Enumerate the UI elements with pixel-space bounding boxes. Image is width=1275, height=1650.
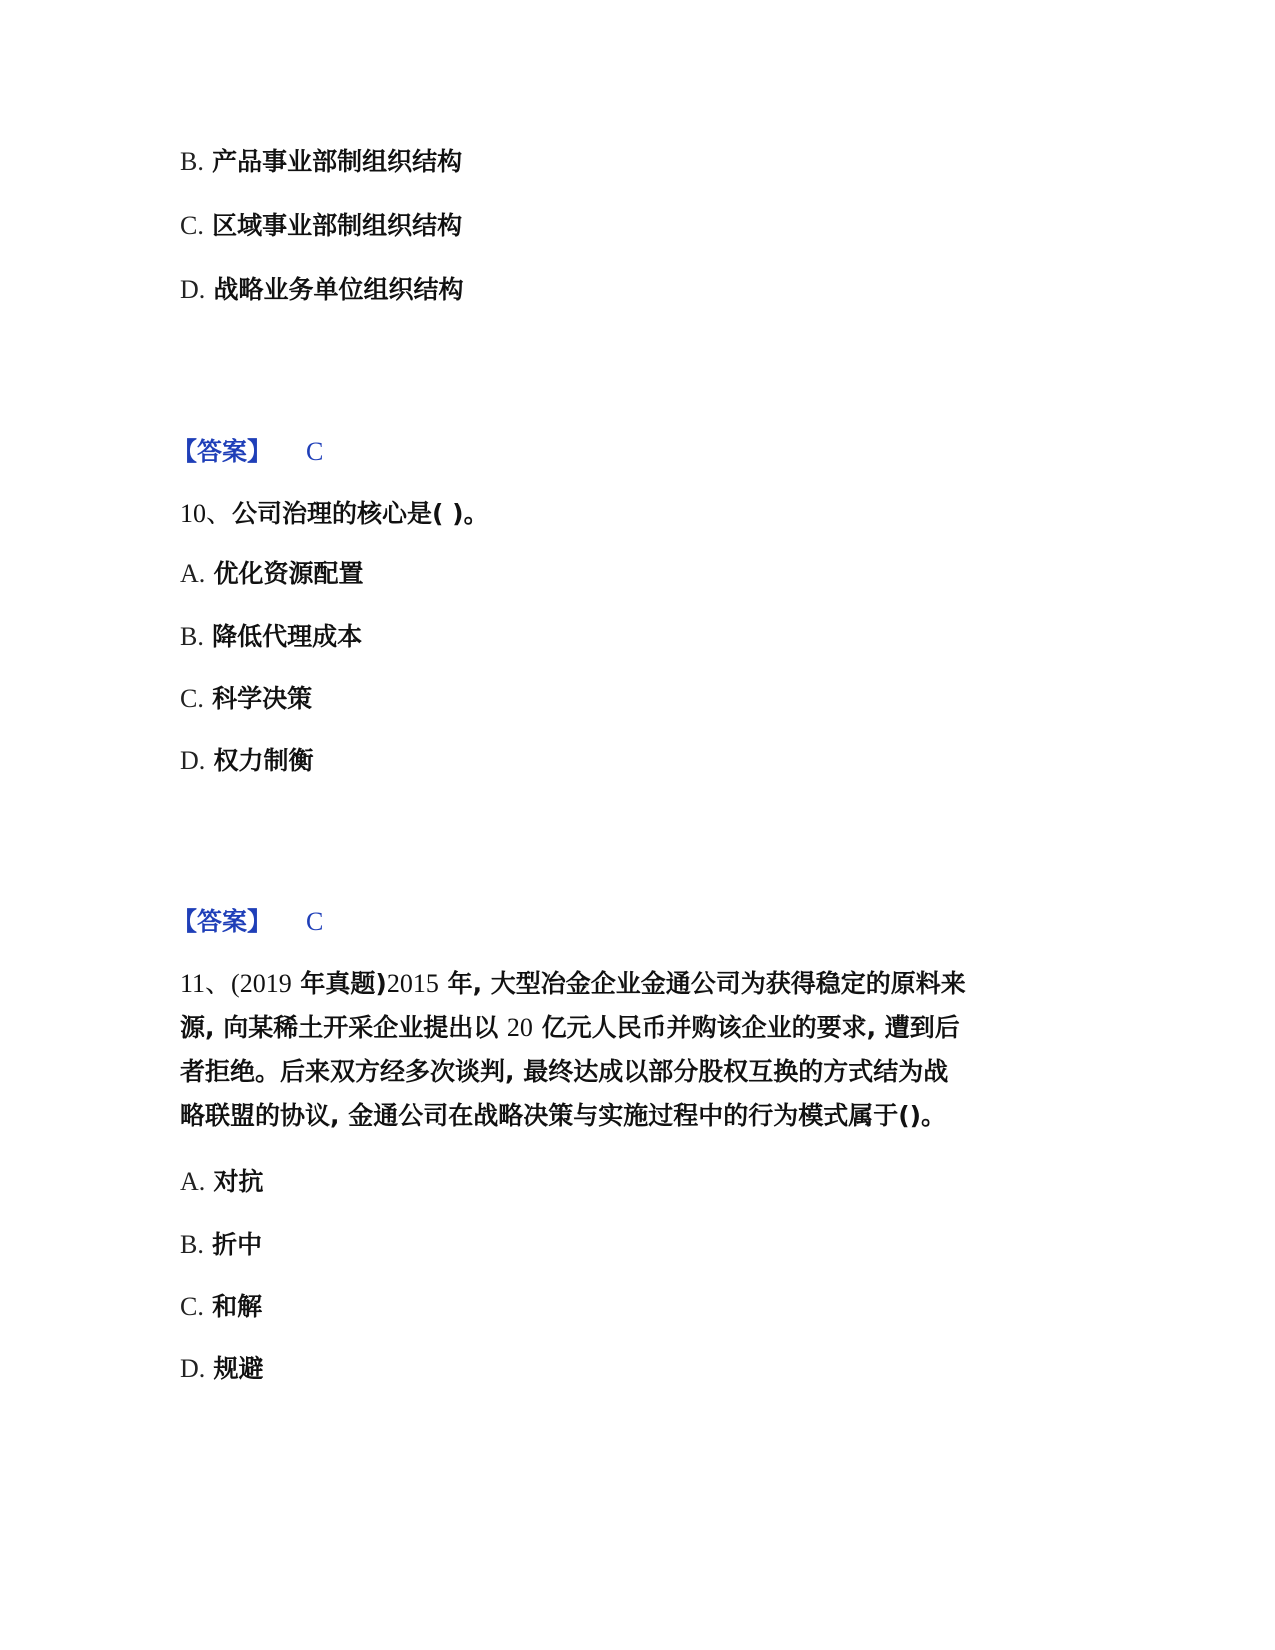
- option-letter: A.: [180, 559, 205, 588]
- answer-value: C: [306, 437, 323, 466]
- q11-stem-line-3: 者拒绝。后来双方经多次谈判, 最终达成以部分股权互换的方式结为战: [180, 1050, 1050, 1094]
- option-letter: B.: [180, 622, 204, 651]
- option-text: 科学决策: [212, 684, 312, 713]
- answer-label: 【答案】: [172, 437, 272, 466]
- q10-option-a: A. 优化资源配置: [180, 558, 364, 590]
- option-text: 对抗: [214, 1167, 264, 1196]
- option-letter: C.: [180, 684, 204, 713]
- option-text: 战略业务单位组织结构: [214, 275, 464, 304]
- q9-option-d: D. 战略业务单位组织结构: [180, 274, 464, 306]
- q10-stem: 10、公司治理的核心是( )。: [180, 498, 489, 530]
- q9-option-c: C. 区域事业部制组织结构: [180, 210, 462, 242]
- option-text: 优化资源配置: [214, 559, 364, 588]
- q11-stem: 11、(2019 年真题)2015 年, 大型冶金企业金通公司为获得稳定的原料来…: [180, 962, 1050, 1138]
- q10-answer: 【答案】C: [172, 906, 323, 938]
- option-text: 折中: [212, 1230, 262, 1259]
- option-letter: C.: [180, 1292, 204, 1321]
- option-letter: C.: [180, 211, 204, 240]
- option-text: 权力制衡: [214, 746, 314, 775]
- option-text: 产品事业部制组织结构: [212, 147, 462, 176]
- question-number: 10、: [180, 499, 232, 528]
- q10-option-c: C. 科学决策: [180, 683, 312, 715]
- q9-answer: 【答案】C: [172, 436, 323, 468]
- q10-option-d: D. 权力制衡: [180, 745, 314, 777]
- q11-stem-line-4: 略联盟的协议, 金通公司在战略决策与实施过程中的行为模式属于()。: [180, 1094, 1050, 1138]
- option-text: 降低代理成本: [212, 622, 362, 651]
- option-letter: B.: [180, 147, 204, 176]
- q11-option-d: D. 规避: [180, 1353, 264, 1385]
- q11-option-b: B. 折中: [180, 1229, 262, 1261]
- option-text: 规避: [214, 1354, 264, 1383]
- q11-stem-line-2: 源, 向某稀土开采企业提出以 20 亿元人民币并购该企业的要求, 遭到后: [180, 1006, 1050, 1050]
- answer-value: C: [306, 907, 323, 936]
- q11-option-a: A. 对抗: [180, 1166, 264, 1198]
- option-letter: D.: [180, 746, 205, 775]
- option-text: 和解: [212, 1292, 262, 1321]
- q11-stem-line-1: 11、(2019 年真题)2015 年, 大型冶金企业金通公司为获得稳定的原料来: [180, 962, 1050, 1006]
- option-letter: B.: [180, 1230, 204, 1259]
- option-letter: A.: [180, 1167, 205, 1196]
- question-number: 11、: [180, 969, 231, 998]
- option-letter: D.: [180, 275, 205, 304]
- option-letter: D.: [180, 1354, 205, 1383]
- q10-option-b: B. 降低代理成本: [180, 621, 362, 653]
- q9-option-b: B. 产品事业部制组织结构: [180, 146, 462, 178]
- q11-option-c: C. 和解: [180, 1291, 262, 1323]
- option-text: 区域事业部制组织结构: [212, 211, 462, 240]
- question-text: 公司治理的核心是( )。: [232, 499, 489, 528]
- answer-label: 【答案】: [172, 907, 272, 936]
